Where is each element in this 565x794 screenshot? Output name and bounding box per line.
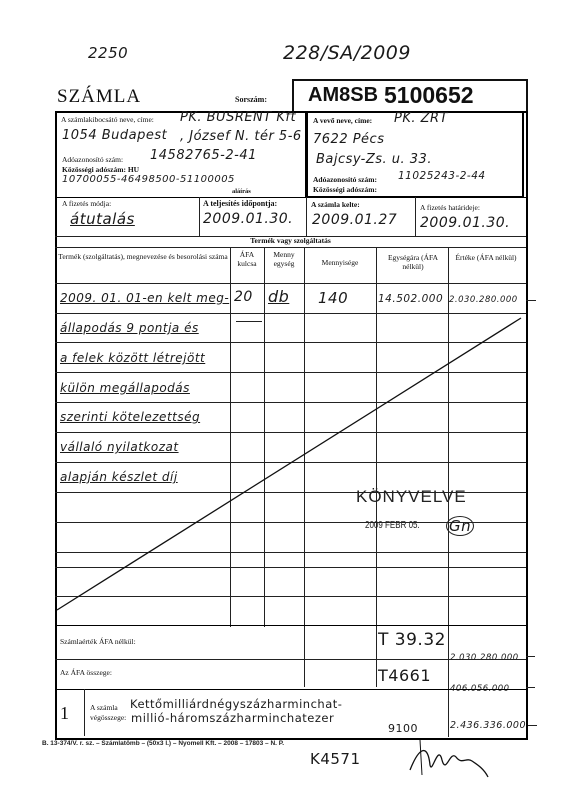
initials-mark: Gn xyxy=(446,516,474,536)
issuer-name: PK. BUSRENT Kft xyxy=(180,110,296,125)
handwritten-reference: 228/SA/2009 xyxy=(283,42,411,64)
serial-number: 5100652 xyxy=(384,82,474,109)
issuer-tax-id: 14582765-2-41 xyxy=(150,148,257,163)
grand-total-words-line2: millió-háromszázharminchatezer xyxy=(131,711,334,725)
grand-total-value: 2.436.336.000 xyxy=(450,720,526,731)
print-info: B. 13-374/V. r. sz. – Számlatömb – (50x3… xyxy=(42,740,284,747)
buyer-name: PK. ZRT xyxy=(394,111,448,126)
vat-total-note: T4661 xyxy=(378,666,431,685)
col-header-description: Termék (szolgáltatás), megnevezése és be… xyxy=(58,252,228,261)
fulfillment-date: 2009.01.30. xyxy=(203,211,293,227)
grand-total-label-line1: A számla xyxy=(90,703,118,712)
document-title: SZÁMLA xyxy=(57,86,141,108)
issuer-tax-id-label: Adóazonosító szám: xyxy=(62,155,123,164)
booked-stamp-date: 2009 FEBR 05. xyxy=(365,520,420,531)
items-section-title: Termék vagy szolgáltatás xyxy=(55,236,526,245)
serial-prefix: AM8SB xyxy=(308,84,378,107)
net-total-note: T 39.32 xyxy=(378,630,446,650)
invoice-date-label: A számla kelte: xyxy=(311,200,360,209)
serial-box: AM8SB 5100652 xyxy=(292,79,528,113)
diagonal-strike-line xyxy=(55,313,526,613)
item-unit: db xyxy=(268,287,289,306)
issuer-bank-account: 10700055-46498500-51100005 xyxy=(62,174,235,185)
issuer-community-tax-label: Közösségi adószám: HU xyxy=(62,165,139,174)
col-header-unit-price: Egységára (ÁFA nélkül) xyxy=(378,253,448,271)
col-header-quantity: Mennyisége xyxy=(306,258,374,267)
col-header-value: Értéke (ÁFA nélkül) xyxy=(450,253,522,262)
signature-scribble xyxy=(400,735,490,780)
col-header-vat-rate: ÁFA kulcsa xyxy=(232,250,262,268)
net-total-value: 2.030.280.000 xyxy=(450,653,519,663)
handwritten-number: 2250 xyxy=(88,44,128,62)
buyer-community-tax-label: Közösségi adószám: xyxy=(313,185,377,194)
buyer-tax-id: 11025243-2-44 xyxy=(398,170,486,182)
signature-label: aláírás xyxy=(232,188,251,195)
copy-number: 1 xyxy=(60,703,69,724)
item-value: 2.030.280.000 xyxy=(449,295,518,305)
handwritten-code: K4571 xyxy=(310,750,361,768)
item-vat-rate: 20 xyxy=(234,289,253,305)
due-date: 2009.01.30. xyxy=(420,215,510,231)
buyer-address-line1: 7622 Pécs xyxy=(313,132,384,147)
issuer-label: A számlakibocsátó neve, címe: xyxy=(61,115,154,124)
vat-total-label: Az ÁFA összege: xyxy=(60,668,112,677)
grand-total-words-line3: 9100 xyxy=(388,722,418,735)
invoice-date: 2009.01.27 xyxy=(312,212,397,228)
payment-method: átutalás xyxy=(70,210,135,228)
col-header-unit: Menny egység xyxy=(266,250,302,268)
net-total-label: Számlaérték ÁFA nélkül: xyxy=(60,637,136,646)
due-date-label: A fizetés határideje: xyxy=(420,203,480,212)
payment-method-label: A fizetés módja: xyxy=(62,199,111,208)
booked-stamp: KÖNYVELVE xyxy=(356,487,467,507)
grand-total-label-line2: végösszege: xyxy=(90,713,126,722)
buyer-address-line2: Bajcsy-Zs. u. 33. xyxy=(316,152,432,167)
item-unit-price: 14.502.000 xyxy=(378,293,443,305)
issuer-address-line1: 1054 Budapest xyxy=(62,128,167,143)
serial-label: Sorszám: xyxy=(235,95,267,104)
grand-total-words-line1: Kettőmilliárdnégyszázharminchat- xyxy=(130,697,342,711)
issuer-address-line2: , József N. tér 5-6 xyxy=(180,129,302,144)
buyer-tax-id-label: Adóazonosító szám: xyxy=(313,175,377,184)
item-quantity: 140 xyxy=(318,289,348,307)
buyer-label: A vevő neve, címe: xyxy=(313,116,372,125)
fulfillment-date-label: A teljesítés időpontja: xyxy=(203,199,277,208)
item-description-line: 2009. 01. 01-en kelt meg- xyxy=(60,291,229,305)
